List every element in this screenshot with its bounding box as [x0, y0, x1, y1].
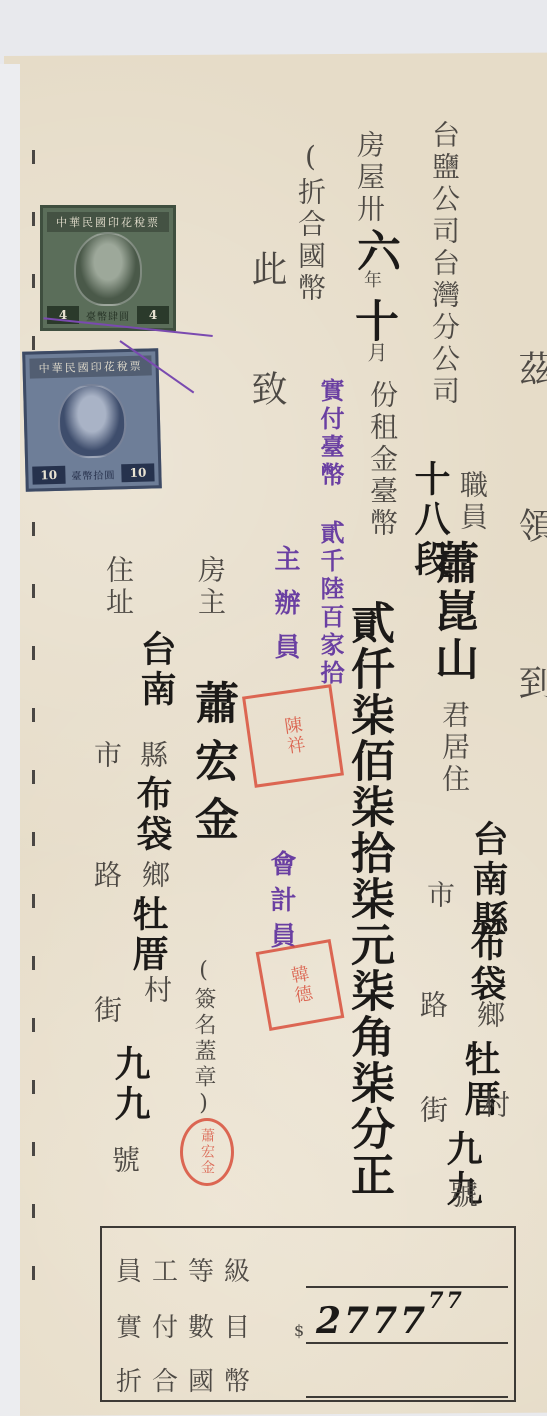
- rent-year: 六: [352, 228, 396, 276]
- landlord-address-road-label: 路: [92, 860, 120, 892]
- portrait-icon: [74, 232, 142, 306]
- landlord-address-township-label: 鄉: [140, 860, 168, 892]
- employee-name: 蕭崑山: [430, 540, 474, 684]
- landlord-address-number: 九九: [112, 1045, 148, 1125]
- perforation-line: [32, 150, 35, 1300]
- rent-month: 十: [350, 298, 394, 346]
- stamp-value: 10: [32, 466, 65, 485]
- landlord-address-county: 台南: [138, 630, 174, 710]
- revenue-stamp-4: 中華民國印花稅票 4 臺幣肆圓 4: [40, 205, 176, 331]
- landlord-address-village-label: 村: [142, 975, 170, 1007]
- accountant-stamp: 會計員: [268, 850, 294, 958]
- row-line: [306, 1342, 508, 1344]
- row-line: [306, 1396, 508, 1398]
- row-label: 折合國幣: [116, 1361, 260, 1398]
- conversion-note: (折合國幣: [296, 140, 324, 305]
- table-row: 員工等級: [116, 1238, 508, 1288]
- employee-address-county: 台南縣: [470, 820, 506, 940]
- closing-1: 此: [248, 250, 284, 290]
- employee-address-township: 布袋: [468, 925, 504, 1005]
- rent-month-label: 月: [366, 342, 386, 366]
- landlord-address-township: 布袋: [134, 775, 170, 855]
- landlord-name: 蕭宏金: [190, 680, 234, 854]
- amount-cents: 77: [428, 1288, 465, 1314]
- row-label: 實付數目: [116, 1307, 260, 1344]
- landlord-address-village: 牡厝: [130, 895, 166, 975]
- row-value: 277777: [316, 1300, 465, 1342]
- landlord-address-label: 住址: [104, 555, 132, 619]
- rent-amount: 貳仟柒佰柒拾柒元柒角柒分正: [346, 600, 390, 1198]
- landlord-address-city-label: 市: [92, 740, 120, 772]
- scan-edge: [0, 64, 20, 1416]
- portrait-icon: [57, 383, 127, 459]
- landlord-address-street-label: 街: [92, 995, 120, 1027]
- stamp-value: 10: [121, 463, 154, 482]
- landlord-sign-note: (簽名蓋章): [192, 958, 214, 1120]
- manager-stamp: 主辦員: [272, 545, 298, 677]
- employee-suffix: 君居住: [440, 700, 468, 796]
- row-line: [306, 1286, 508, 1288]
- stamp-title: 中華民國印花稅票: [47, 212, 169, 232]
- footer-table: 員工等級 實付數目 $ 277777 折合國幣: [100, 1226, 516, 1402]
- landlord-seal: 蕭宏金: [180, 1118, 234, 1186]
- employee-address-number-label: 號: [448, 1180, 476, 1212]
- rent-year-label: 年: [362, 270, 380, 292]
- company-line: 台鹽公司台灣分公司: [430, 120, 458, 408]
- closing-2: 致: [248, 370, 284, 410]
- stamp-denomination: 臺幣肆圓: [86, 308, 130, 323]
- employee-prefix: 職員: [458, 470, 486, 534]
- landlord-address-county-label: 縣: [138, 740, 166, 772]
- payment-amount-stamp: 貳千陸百家拾: [318, 520, 342, 688]
- employee-address-street-label: 街: [418, 1095, 446, 1127]
- body-prefix: 房屋卅: [355, 130, 383, 226]
- employee-address-city-label: 市: [425, 880, 453, 912]
- landlord-address-number-label: 號: [110, 1145, 138, 1177]
- amount-integer: 2777: [316, 1300, 428, 1342]
- stamp-denomination: 臺幣拾圓: [71, 466, 115, 482]
- employee-address-village-label: 村: [480, 1090, 508, 1122]
- currency-symbol: $: [294, 1321, 304, 1340]
- table-row: 折合國幣: [116, 1350, 508, 1398]
- landlord-label: 房主: [196, 555, 224, 619]
- table-row: 實付數目 $ 277777: [116, 1294, 508, 1344]
- receipt-title: 茲 領 到: [515, 350, 547, 740]
- employee-address-township-label: 鄉: [475, 1000, 503, 1032]
- row-label: 員工等級: [116, 1251, 260, 1288]
- accountant-seal: 韓德: [256, 939, 345, 1031]
- rent-text: 份租金臺幣: [368, 380, 396, 540]
- stamp-value: 4: [137, 306, 169, 324]
- payment-stamp: 實付臺幣: [318, 378, 342, 490]
- employee-address-road-label: 路: [418, 990, 446, 1022]
- manager-seal: 陳祥: [242, 684, 344, 788]
